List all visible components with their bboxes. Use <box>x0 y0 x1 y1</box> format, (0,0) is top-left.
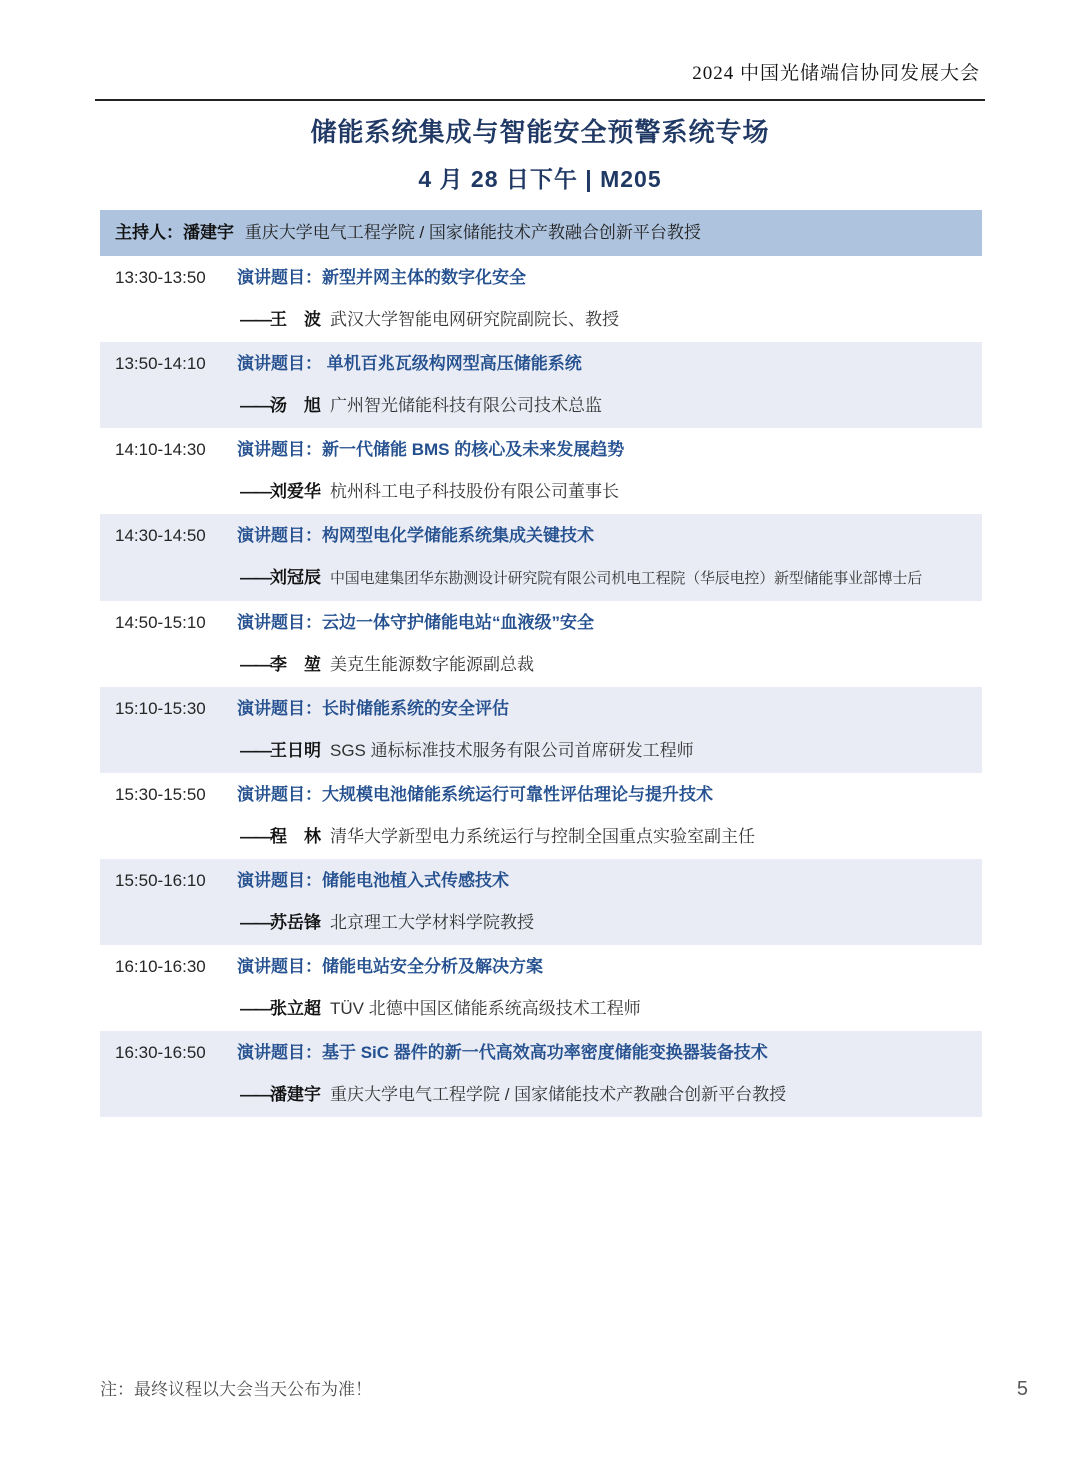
speaker-dash: —— <box>240 827 270 846</box>
session-time-slot: 13:30-13:50 <box>100 266 237 290</box>
talk-title: 演讲题目：云边一体守护储能电站“血液级”安全 <box>237 611 982 635</box>
speaker-name: 刘爱华 <box>270 482 321 501</box>
talk-title: 演讲题目：新一代储能 BMS 的核心及未来发展趋势 <box>237 438 982 462</box>
speaker-name: 苏岳锋 <box>270 913 321 932</box>
host-label-and-name: 主持人：潘建宇 <box>115 223 234 242</box>
talk-title: 演讲题目： 单机百兆瓦级构网型高压储能系统 <box>237 352 982 376</box>
agenda-row: 13:30-13:50 演讲题目：新型并网主体的数字化安全 ——王 波武汉大学智… <box>100 256 982 342</box>
session-time-slot: 15:50-16:10 <box>100 869 237 893</box>
talk-title: 演讲题目：长时储能系统的安全评估 <box>237 697 982 721</box>
speaker-dash: —— <box>240 913 270 932</box>
speaker-affiliation: 中国电建集团华东勘测设计研究院有限公司机电工程院（华辰电控）新型储能事业部博士后 <box>330 570 922 587</box>
talk-title: 演讲题目：新型并网主体的数字化安全 <box>237 266 982 290</box>
session-time-slot: 13:50-14:10 <box>100 352 237 376</box>
speaker-name: 王 波 <box>270 310 321 329</box>
speaker-affiliation: 美克生能源数字能源副总裁 <box>330 655 534 674</box>
agenda-row: 15:30-15:50 演讲题目：大规模电池储能系统运行可靠性评估理论与提升技术… <box>100 773 982 859</box>
document-page: 2024 中国光储端信协同发展大会 储能系统集成与智能安全预警系统专场 4 月 … <box>0 0 1080 1466</box>
talk-title: 演讲题目：大规模电池储能系统运行可靠性评估理论与提升技术 <box>237 783 982 807</box>
agenda-table: 主持人：潘建宇 重庆大学电气工程学院 / 国家储能技术产教融合创新平台教授 13… <box>100 210 982 1117</box>
session-time-slot: 16:30-16:50 <box>100 1041 237 1065</box>
session-time-slot: 15:30-15:50 <box>100 783 237 807</box>
talk-title: 演讲题目：储能电池植入式传感技术 <box>237 869 982 893</box>
speaker-dash: —— <box>240 396 270 415</box>
speaker-name: 潘建宇 <box>270 1085 321 1104</box>
host-row: 主持人：潘建宇 重庆大学电气工程学院 / 国家储能技术产教融合创新平台教授 <box>100 210 982 256</box>
session-time-slot: 15:10-15:30 <box>100 697 237 721</box>
speaker-name: 汤 旭 <box>270 396 321 415</box>
speaker-dash: —— <box>240 310 270 329</box>
session-time-slot: 14:10-14:30 <box>100 438 237 462</box>
conference-name: 2024 中国光储端信协同发展大会 <box>692 58 980 85</box>
speaker-affiliation: SGS 通标标准技术服务有限公司首席研发工程师 <box>330 741 694 760</box>
agenda-row: 15:50-16:10 演讲题目：储能电池植入式传感技术 ——苏岳锋北京理工大学… <box>100 859 982 945</box>
header-divider <box>95 99 985 101</box>
agenda-row: 13:50-14:10 演讲题目： 单机百兆瓦级构网型高压储能系统 ——汤 旭广… <box>100 342 982 428</box>
footnote: 注：最终议程以大会当天公布为准！ <box>100 1375 372 1400</box>
talk-title: 演讲题目：构网型电化学储能系统集成关键技术 <box>237 524 982 548</box>
talk-title: 演讲题目：储能电站安全分析及解决方案 <box>237 955 982 979</box>
page-title: 储能系统集成与智能安全预警系统专场 <box>0 112 1080 149</box>
speaker-name: 刘冠辰 <box>270 568 321 587</box>
speaker-affiliation: 武汉大学智能电网研究院副院长、教授 <box>330 310 619 329</box>
agenda-row: 16:30-16:50 演讲题目：基于 SiC 器件的新一代高效高功率密度储能变… <box>100 1031 982 1117</box>
talk-title: 演讲题目：基于 SiC 器件的新一代高效高功率密度储能变换器装备技术 <box>237 1041 982 1065</box>
speaker-affiliation: 北京理工大学材料学院教授 <box>330 913 534 932</box>
speaker-dash: —— <box>240 999 270 1018</box>
agenda-row: 16:10-16:30 演讲题目：储能电站安全分析及解决方案 ——张立超TÜV … <box>100 945 982 1031</box>
page-number: 5 <box>1017 1378 1028 1401</box>
agenda-row: 14:10-14:30 演讲题目：新一代储能 BMS 的核心及未来发展趋势 ——… <box>100 428 982 514</box>
speaker-dash: —— <box>240 741 270 760</box>
speaker-name: 程 林 <box>270 827 321 846</box>
speaker-dash: —— <box>240 482 270 501</box>
speaker-dash: —— <box>240 568 270 587</box>
speaker-name: 李 堃 <box>270 655 321 674</box>
speaker-dash: —— <box>240 1085 270 1104</box>
session-time-slot: 14:50-15:10 <box>100 611 237 635</box>
agenda-row: 14:30-14:50 演讲题目：构网型电化学储能系统集成关键技术 ——刘冠辰中… <box>100 514 982 601</box>
agenda-row: 15:10-15:30 演讲题目：长时储能系统的安全评估 ——王日明SGS 通标… <box>100 687 982 773</box>
host-affiliation: 重庆大学电气工程学院 / 国家储能技术产教融合创新平台教授 <box>245 223 701 242</box>
session-datetime-room: 4 月 28 日下午 | M205 <box>0 161 1080 194</box>
speaker-affiliation: TÜV 北德中国区储能系统高级技术工程师 <box>330 999 641 1018</box>
session-time-slot: 16:10-16:30 <box>100 955 237 979</box>
speaker-affiliation: 重庆大学电气工程学院 / 国家储能技术产教融合创新平台教授 <box>330 1085 786 1104</box>
speaker-name: 张立超 <box>270 999 321 1018</box>
speaker-dash: —— <box>240 655 270 674</box>
agenda-row: 14:50-15:10 演讲题目：云边一体守护储能电站“血液级”安全 ——李 堃… <box>100 601 982 687</box>
speaker-name: 王日明 <box>270 741 321 760</box>
session-time-slot: 14:30-14:50 <box>100 524 237 548</box>
speaker-affiliation: 广州智光储能科技有限公司技术总监 <box>330 396 602 415</box>
speaker-affiliation: 杭州科工电子科技股份有限公司董事长 <box>330 482 619 501</box>
speaker-affiliation: 清华大学新型电力系统运行与控制全国重点实验室副主任 <box>330 827 755 846</box>
